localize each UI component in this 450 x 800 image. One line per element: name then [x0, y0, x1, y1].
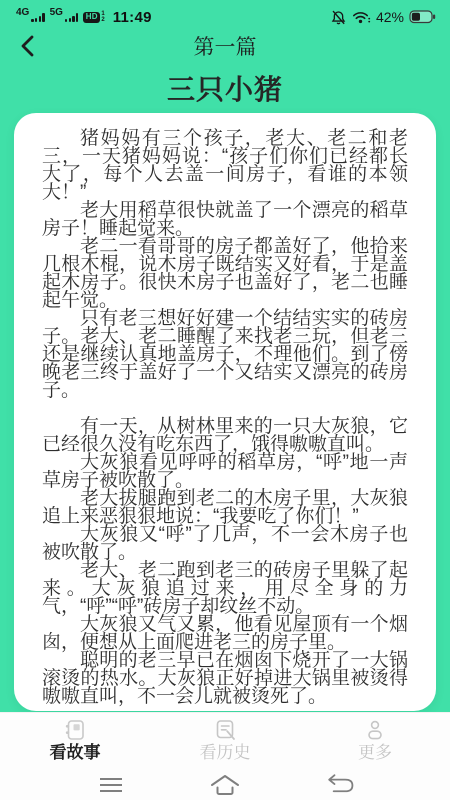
recent-apps-button[interactable] [92, 771, 130, 799]
story-paragraph: 大灰狼又“呼”了几声，不一会木房子也被吹散了。 [42, 526, 408, 562]
tab-label: 看故事 [50, 744, 101, 763]
volte-hd-icon: HD 12 [83, 11, 105, 24]
story-paragraph: 只有老三想好好建一个结结实实的砖房子。老大、老二睡醒了来找老三玩，但老三还是继续… [42, 310, 408, 400]
network-type-label: 4G [16, 8, 29, 18]
return-arrow-icon [322, 773, 356, 797]
status-left-cluster: 4G 5G HD 12 11:49 [16, 9, 152, 26]
menu-lines-icon [97, 774, 125, 796]
status-right-cluster: 42% [330, 9, 436, 26]
story-text: 猪妈妈有三个孩子，老大、老二和老三，一天猪妈妈说：“孩子们你们已经都长大了，每个… [42, 130, 408, 706]
story-title: 三只小猪 [0, 68, 450, 108]
story-paragraph: 聪明的老三早已在烟囱下烧开了一大锅滚烫的热水。大灰狼正好掉进大锅里被烫得嗷嗷直叫… [42, 652, 408, 706]
signal-4g: 4G [16, 12, 45, 22]
signal-bars-icon [31, 12, 44, 22]
bell-muted-icon [330, 9, 347, 26]
battery-icon [409, 10, 436, 24]
story-paragraph: 老大、老二跑到老三的砖房子里躲了起来。大灰狼追过来，用尽全身的力气，“呼”“呼”… [42, 562, 408, 616]
story-paragraph: 老大用稻草很快就盖了一个漂亮的稻草房子！睡起觉来。 [42, 202, 408, 238]
battery-percent-label: 42% [376, 9, 404, 25]
story-paragraph: 大灰狼看见呼呼的稻草房，“呼”地一声草房子被吹散了。 [42, 454, 408, 490]
app-header: 第一篇 [0, 28, 450, 62]
storybook-icon [63, 718, 87, 742]
tab-history[interactable]: 看历史 [150, 718, 300, 765]
page-title: 第一篇 [0, 31, 450, 61]
footer: 看故事 看历史 更多 [0, 712, 450, 800]
person-icon [363, 718, 387, 742]
home-icon [208, 772, 242, 798]
tab-label: 看历史 [200, 744, 251, 763]
android-navigation-bar [0, 765, 450, 799]
story-paragraph: 有一天，从树林里来的一只大灰狼，它已经很久没有吃东西了，饿得嗷嗷直叫。 [42, 418, 408, 454]
story-paragraph: 大灰狼又气又累，他看见屋顶有一个烟囱，便想从上面爬进老三的房子里。 [42, 616, 408, 652]
story-paragraph: 老二一看哥哥的房子都盖好了，他拾来几根木棍，说木房子既结实又好看，于是盖起木房子… [42, 238, 408, 310]
wifi-icon [352, 10, 371, 24]
home-button[interactable] [206, 771, 244, 799]
tab-more[interactable]: 更多 [300, 718, 450, 765]
story-card[interactable]: 猪妈妈有三个孩子，老大、老二和老三，一天猪妈妈说：“孩子们你们已经都长大了，每个… [14, 113, 436, 711]
status-bar: 4G 5G HD 12 11:49 [0, 0, 450, 28]
tab-read-story[interactable]: 看故事 [0, 718, 150, 765]
tab-bar: 看故事 看历史 更多 [0, 713, 450, 765]
network-type-label: 5G [50, 8, 63, 18]
app-screen: 4G 5G HD 12 11:49 [0, 0, 450, 800]
tab-label: 更多 [358, 744, 392, 763]
story-paragraph: 猪妈妈有三个孩子，老大、老二和老三，一天猪妈妈说：“孩子们你们已经都长大了，每个… [42, 130, 408, 202]
back-nav-button[interactable] [320, 771, 358, 799]
note-document-icon [213, 718, 237, 742]
signal-5g: 5G [50, 12, 79, 22]
story-paragraph: 老大拔腿跑到老二的木房子里，大灰狼追上来恶狠狠地说：“我要吃了你们！” [42, 490, 408, 526]
clock: 11:49 [113, 9, 152, 26]
signal-bars-icon [65, 12, 78, 22]
